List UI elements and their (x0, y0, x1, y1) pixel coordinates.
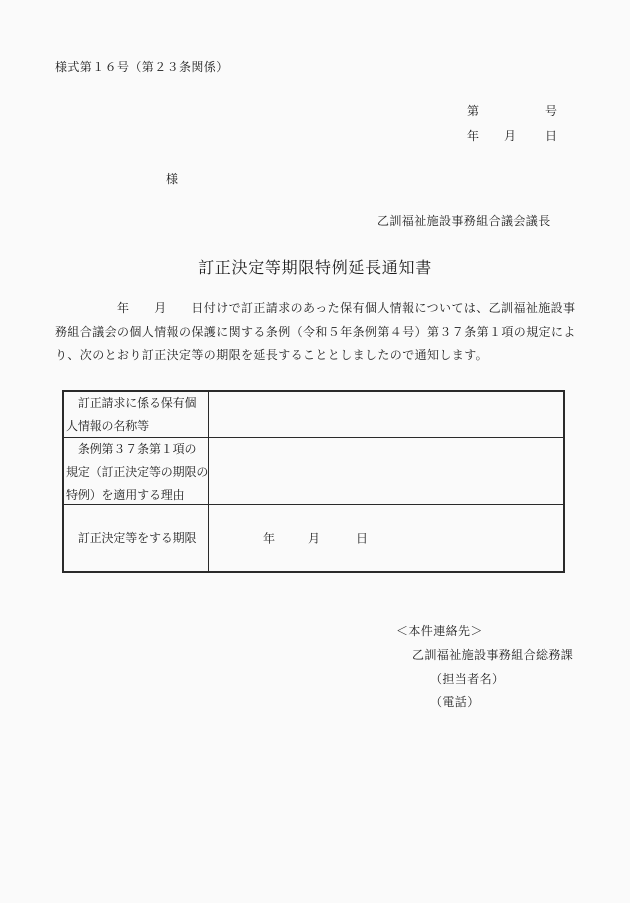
table-row1-label-line: 人情報の名称等 (66, 415, 208, 438)
addressee-honorific: 様 (166, 170, 178, 187)
form-number: 様式第１６号（第２３条関係） (55, 58, 229, 75)
contact-heading: ＜本件連絡先＞ (396, 622, 483, 639)
table-row3-value: 年 月 日 (209, 505, 563, 571)
sender-title: 乙訓福祉施設事務組合議会議長 (377, 212, 551, 229)
doc-number-prefix: 第 (467, 102, 479, 119)
body-line: 務組合議会の個人情報の保護に関する条例（令和５年条例第４号）第３７条第１項の規定… (55, 321, 585, 345)
table-row3-label-line: 訂正決定等をする期限 (66, 527, 196, 550)
details-table: 訂正請求に係る保有個 人情報の名称等 条例第３７条第１項の 規定（訂正決定等の期… (62, 390, 565, 573)
body-line: 年 月 日付けで訂正請求のあった保有個人情報については、乙訓福祉施設事 (55, 297, 585, 321)
table-row3-label: 訂正決定等をする期限 (64, 505, 208, 571)
table-row1-value (209, 392, 563, 437)
doc-number-suffix: 号 (545, 102, 557, 119)
table-row2-label: 条例第３７条第１項の 規定（訂正決定等の期限の 特例）を適用する理由 (64, 438, 208, 504)
contact-phone: （電話） (430, 693, 480, 710)
deadline-day: 日 (356, 530, 368, 547)
body-line: り、次のとおり訂正決定等の期限を延長することとしましたので通知します。 (55, 344, 585, 368)
table-row2-label-line: 特例）を適用する理由 (66, 484, 208, 507)
contact-department: 乙訓福祉施設事務組合総務課 (412, 646, 573, 663)
body-paragraph: 年 月 日付けで訂正請求のあった保有個人情報については、乙訓福祉施設事 務組合議… (55, 297, 585, 368)
issue-date-month: 月 (504, 127, 516, 144)
doc-number-line: 第 号 (0, 102, 630, 117)
table-row1-label-line: 訂正請求に係る保有個 (66, 392, 208, 415)
deadline-month: 月 (308, 530, 320, 547)
table-row2-value (209, 438, 563, 504)
table-row2-label-line: 規定（訂正決定等の期限の (66, 461, 208, 484)
table-row1-label: 訂正請求に係る保有個 人情報の名称等 (64, 392, 208, 437)
issue-date-year: 年 (467, 127, 479, 144)
document-title: 訂正決定等期限特例延長通知書 (0, 255, 630, 278)
document-page: 様式第１６号（第２３条関係） 第 号 年 月 日 様 乙訓福祉施設事務組合議会議… (0, 0, 630, 903)
deadline-year: 年 (263, 530, 275, 547)
contact-person: （担当者名） (430, 670, 504, 687)
issue-date-line: 年 月 日 (0, 127, 630, 142)
issue-date-day: 日 (545, 127, 557, 144)
table-row2-label-line: 条例第３７条第１項の (66, 438, 208, 461)
